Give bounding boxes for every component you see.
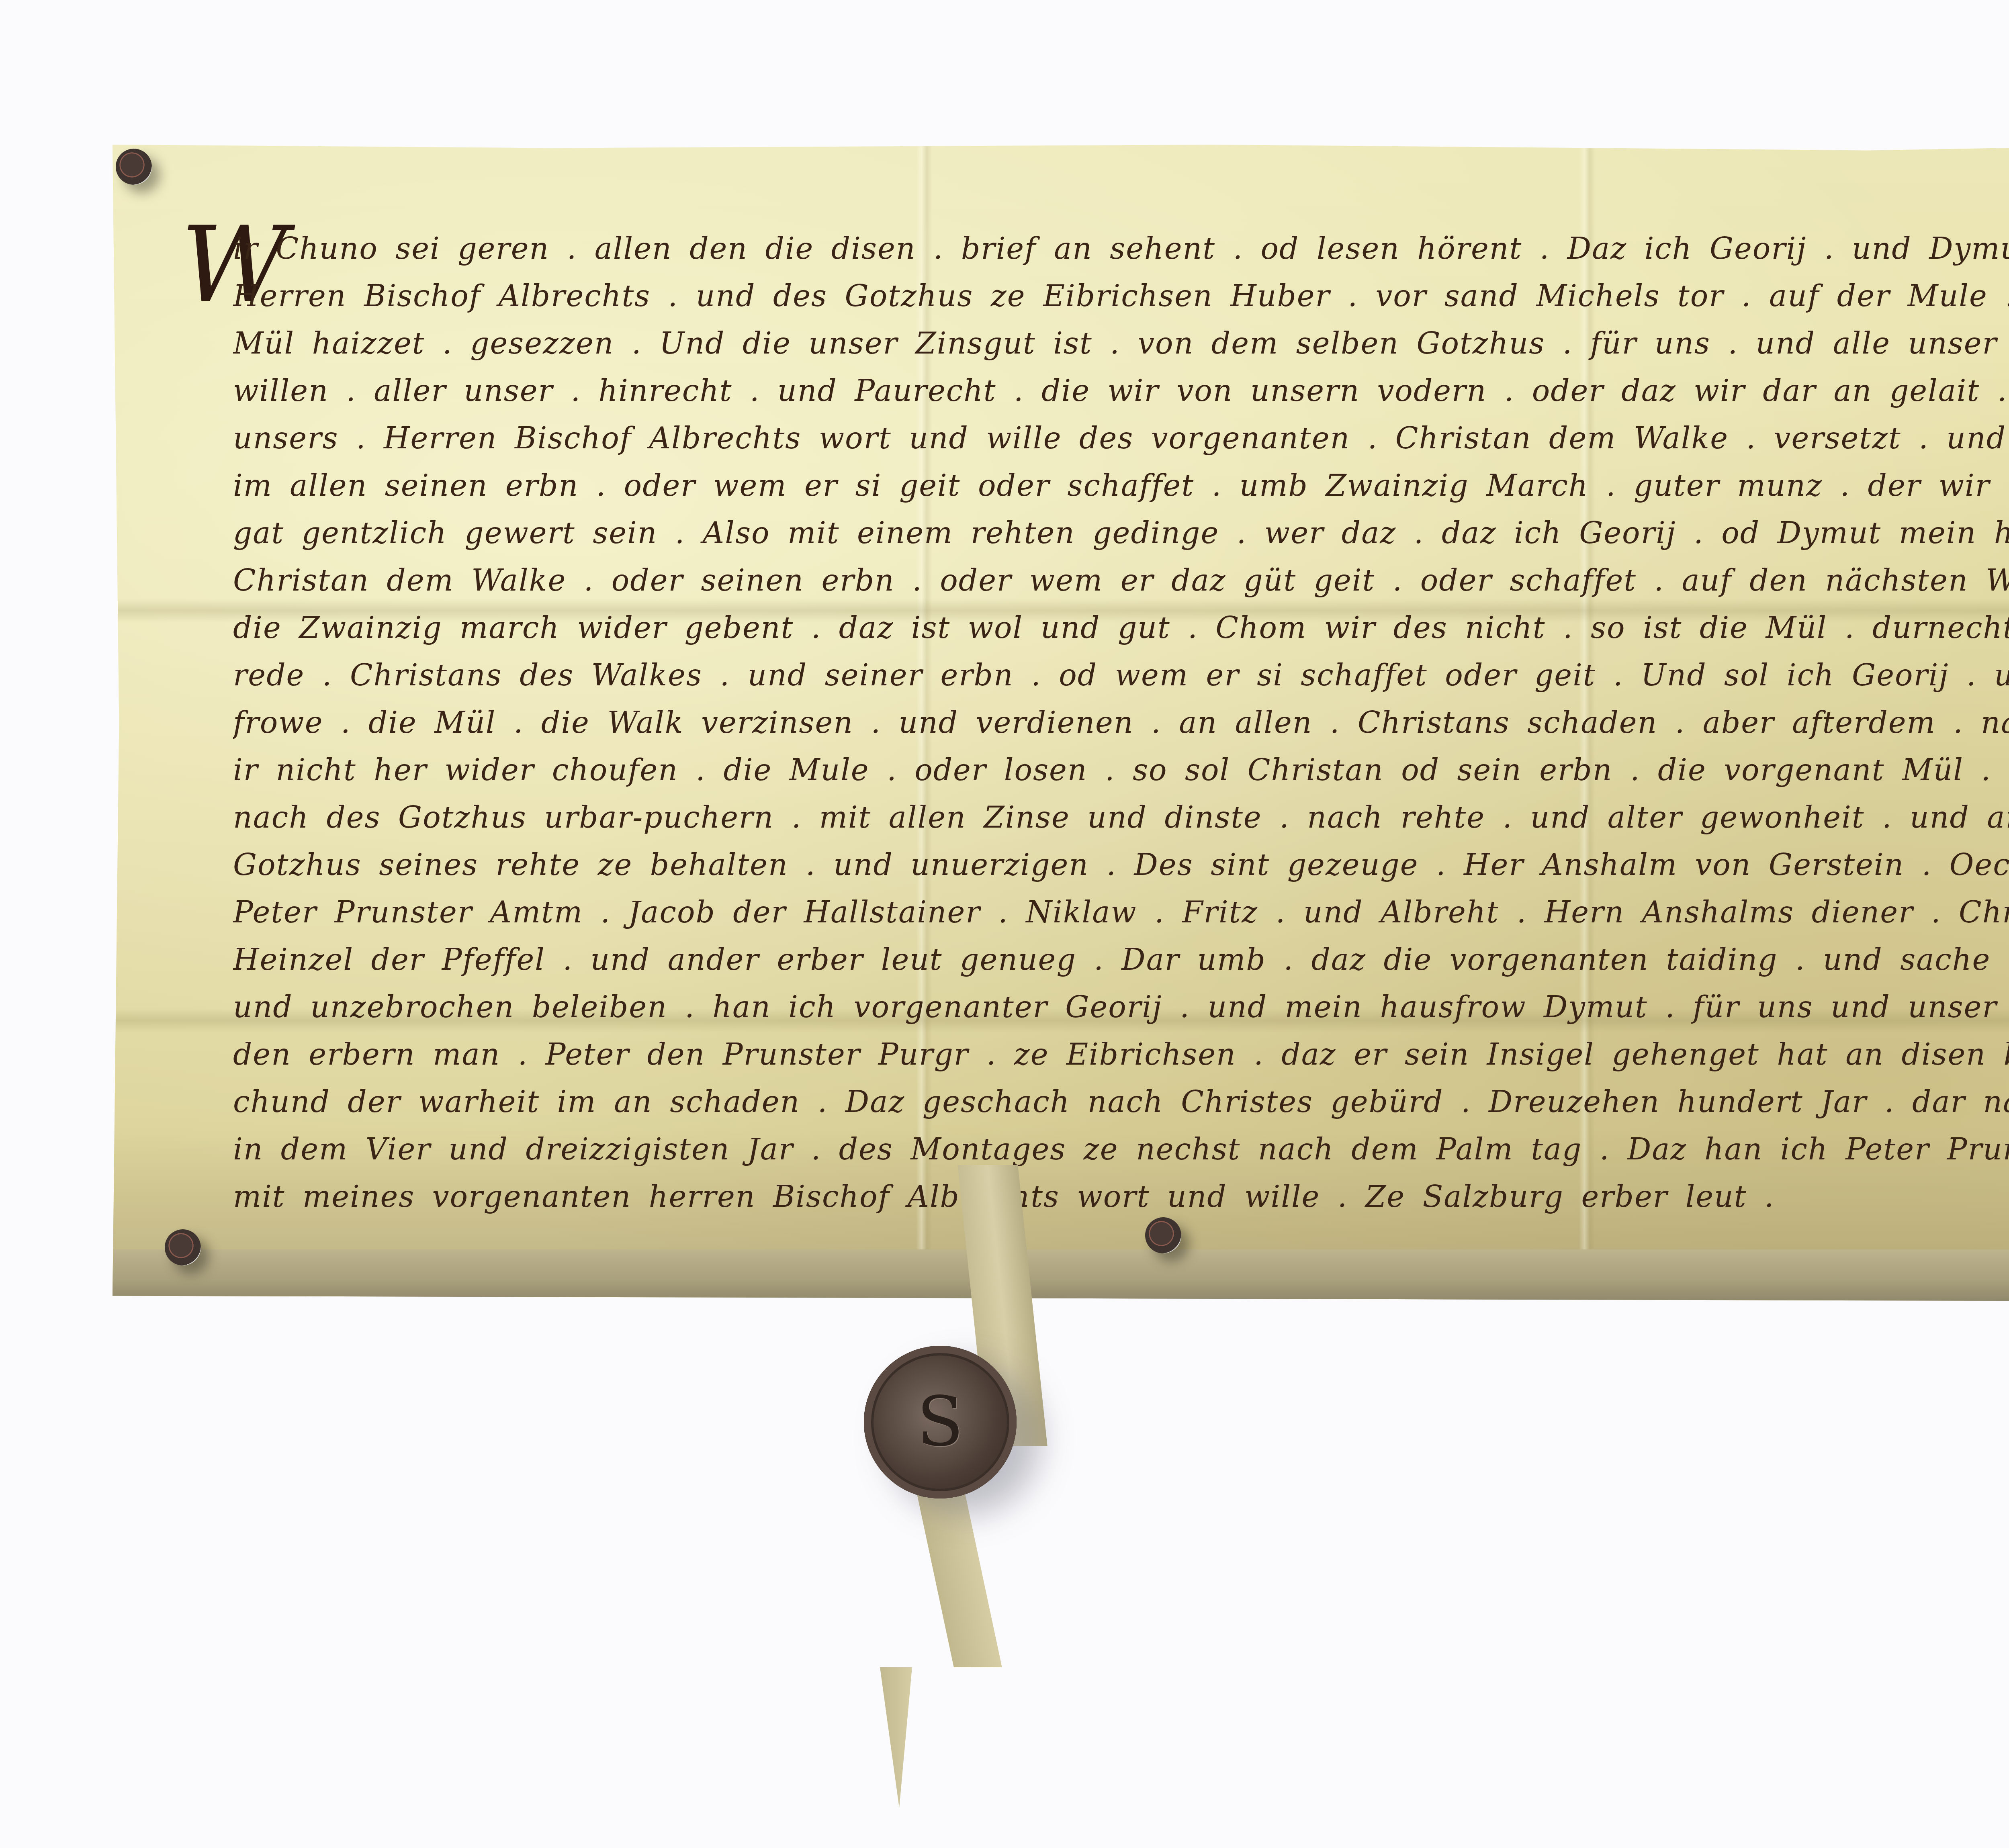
- parchment-charter: W ir Chuno sei geren . allen den die dis…: [113, 145, 2009, 1302]
- text-line: ir Chuno sei geren . allen den die disen…: [233, 225, 2009, 272]
- text-line: Christan dem Walke . oder seinen erbn . …: [233, 557, 2009, 604]
- plica-fold: [113, 1249, 2009, 1302]
- text-line: Mül haizzet . gesezzen . Und die unser Z…: [233, 320, 2009, 367]
- text-line: unsers . Herren Bischof Albrechts wort u…: [233, 415, 2009, 462]
- text-line: und unzebrochen beleiben . han ich vorge…: [233, 983, 2009, 1031]
- text-line: chund der warheit im an schaden . Daz ge…: [233, 1078, 2009, 1126]
- text-line: gat gentzlich gewert sein . Also mit ein…: [233, 509, 2009, 557]
- text-line: den erbern man . Peter den Prunster Purg…: [233, 1031, 2009, 1078]
- text-line: Heinzel der Pfeffel . und ander erber le…: [233, 936, 2009, 983]
- text-line: mit meines vorgenanten herren Bischof Al…: [233, 1173, 2009, 1220]
- text-line: im allen seinen erbn . oder wem er si ge…: [233, 462, 2009, 509]
- pin-icon: [116, 149, 152, 185]
- text-line: ir nicht her wider choufen . die Mule . …: [233, 746, 2009, 794]
- text-line: Peter Prunster Amtm . Jacob der Hallstai…: [233, 889, 2009, 936]
- text-line: Gotzhus seines rehte ze behalten . und u…: [233, 841, 2009, 889]
- parchment-tag-end: [880, 1667, 912, 1808]
- text-line: nach des Gotzhus urbar-puchern . mit all…: [233, 794, 2009, 841]
- wax-seal: S: [864, 1346, 1017, 1498]
- text-line: frowe . die Mül . die Walk verzinsen . u…: [233, 699, 2009, 746]
- text-line: die Zwainzig march wider gebent . daz is…: [233, 604, 2009, 652]
- text-line: Herren Bischof Albrechts . und des Gotzh…: [233, 272, 2009, 320]
- text-line: willen . aller unser . hinrecht . und Pa…: [233, 367, 2009, 415]
- text-line: rede . Christans des Walkes . und seiner…: [233, 652, 2009, 699]
- seal-monogram-icon: S: [917, 1382, 964, 1462]
- text-line: in dem Vier und dreizzigisten Jar . des …: [233, 1126, 2009, 1173]
- pin-icon: [1145, 1217, 1181, 1253]
- pin-icon: [165, 1229, 201, 1265]
- charter-text: ir Chuno sei geren . allen den die disen…: [233, 225, 2009, 1220]
